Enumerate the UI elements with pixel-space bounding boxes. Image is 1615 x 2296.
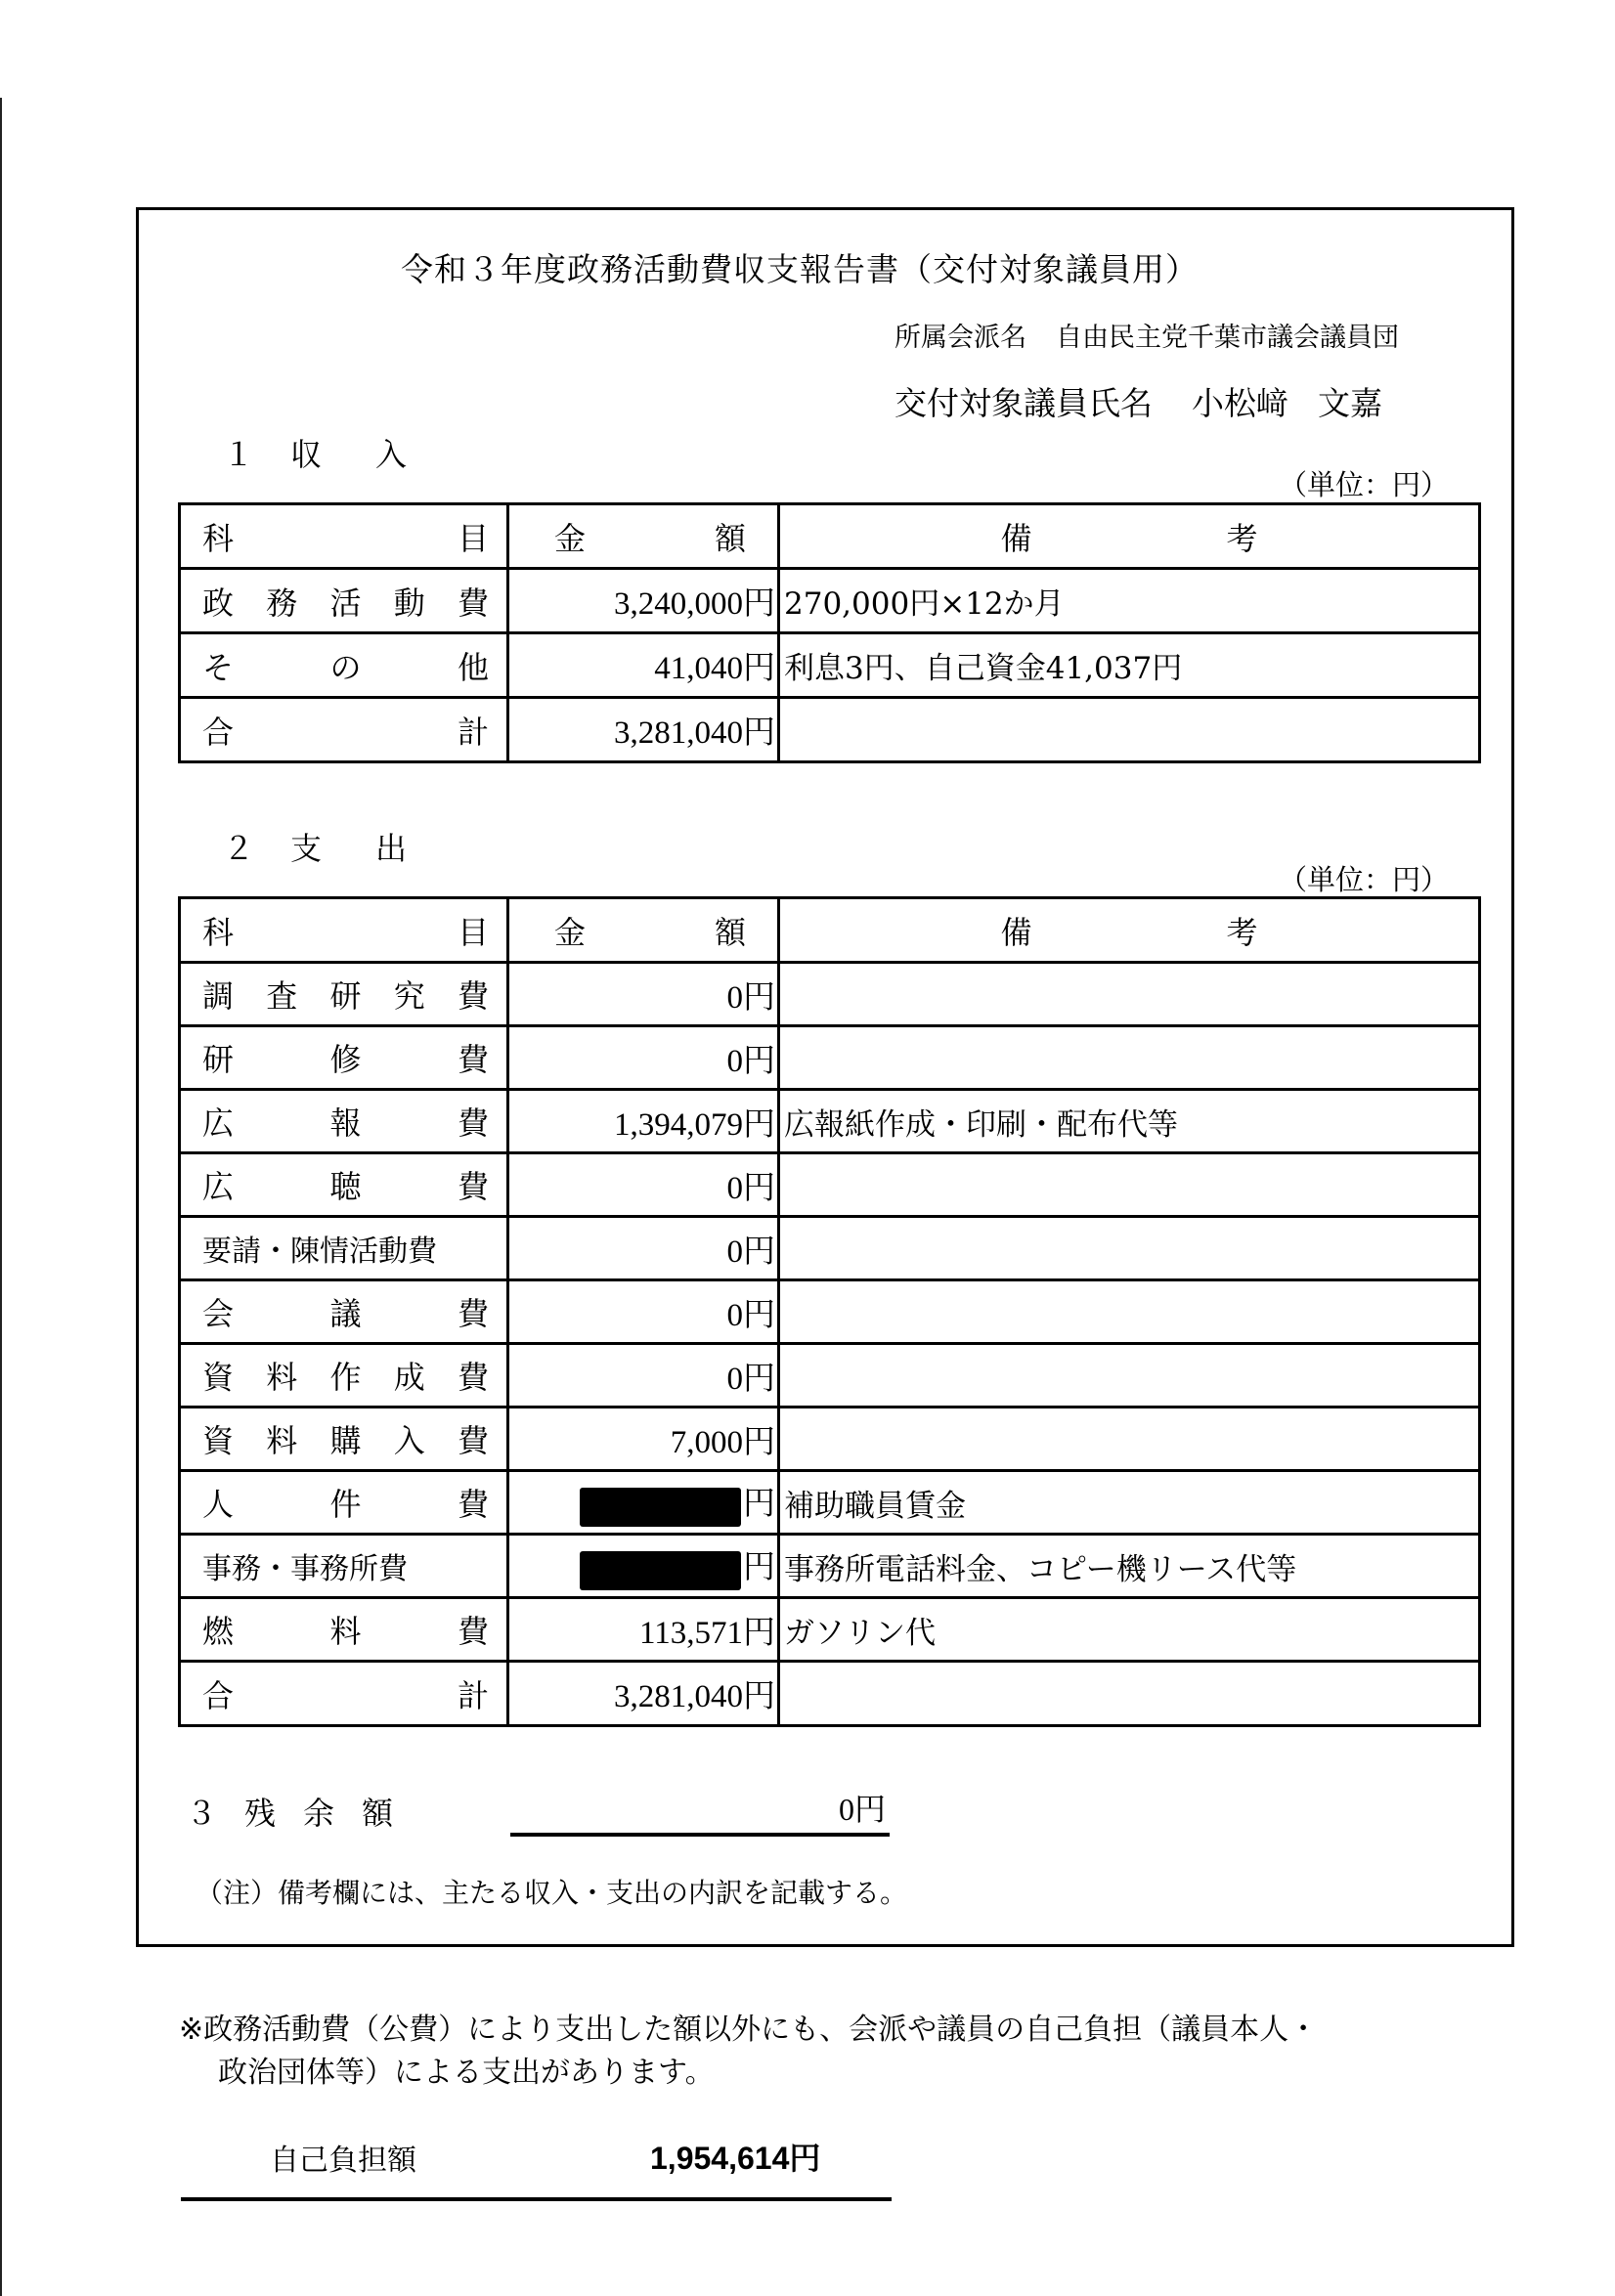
subject-cell: 合 計 (180, 1662, 508, 1726)
redaction-block (580, 1551, 741, 1590)
income-row-political-activity: 政 務 活 動 費 3,240,000円 270,000円×12か月 (180, 569, 1480, 633)
subject-text: 事務・事務所費 (202, 1544, 408, 1587)
subject-char: 費 (458, 1099, 489, 1144)
expense-header-row: 科目 金額 備考 (180, 898, 1480, 963)
amount-cell: 41,040円 (508, 633, 779, 698)
subject-cell: 広 聴 費 (180, 1153, 508, 1217)
header-char: 考 (1226, 908, 1257, 953)
self-burden-underline (181, 2197, 892, 2201)
income-row-other: そ の 他 41,040円 利息3円、自己資金41,037円 (180, 633, 1480, 698)
income-header-amount: 金額 (508, 504, 779, 569)
subject-char: 費 (458, 1162, 489, 1207)
footnote: （注）備考欄には、主たる収入・支出の内訳を記載する。 (196, 1872, 907, 1911)
subject-char: 広 (202, 1162, 234, 1207)
disclaimer-line-1: ※政務活動費（公費）により支出した額以外にも、会派や議員の自己負担（議員本人・ (179, 2013, 1318, 2047)
expense-row-research: 調 査 研 究 費 0円 (180, 963, 1480, 1026)
note-cell (779, 1217, 1480, 1280)
subject-char: 費 (458, 579, 489, 624)
expense-section-title-2: 出 (375, 824, 408, 869)
header-char: 目 (458, 908, 489, 953)
subject-char: 件 (329, 1480, 361, 1525)
scan-edge-line (0, 98, 2, 2296)
amount-cell: 0円 (508, 1344, 779, 1408)
remainder-value: 0円 (510, 1785, 890, 1830)
header-char: 科 (202, 514, 234, 559)
redaction-block (580, 1488, 741, 1527)
subject-cell: 広 報 費 (180, 1090, 508, 1153)
note-cell: 広報紙作成・印刷・配布代等 (779, 1090, 1480, 1153)
subject-char: 成 (394, 1353, 425, 1398)
amount-cell: 1,394,079円 (508, 1090, 779, 1153)
subject-char: 費 (458, 1607, 489, 1652)
subject-char: 料 (266, 1416, 297, 1461)
amount-cell: 3,281,040円 (508, 698, 779, 762)
note-cell (779, 1408, 1480, 1471)
subject-char: 聴 (329, 1162, 361, 1207)
expense-row-meeting: 会 議 費 0円 (180, 1280, 1480, 1344)
header-char: 科 (202, 908, 234, 953)
header-char: 考 (1226, 514, 1257, 559)
subject-cell: 政 務 活 動 費 (180, 569, 508, 633)
amount-cell: 0円 (508, 1153, 779, 1217)
expense-table: 科目 金額 備考 調 査 研 究 費 0円 研 修 費 0円 広 報 費 1,3… (178, 896, 1481, 1727)
subject-char: 議 (329, 1289, 361, 1334)
expense-row-fuel: 燃 料 費 113,571円 ガソリン代 (180, 1598, 1480, 1662)
header-char: 目 (458, 514, 489, 559)
remainder-heading: ３残余額 (186, 1789, 420, 1834)
subject-char: 究 (394, 972, 425, 1017)
amount-suffix: 円 (743, 1487, 775, 1522)
amount-cell: 0円 (508, 1026, 779, 1090)
income-section-number: １ (223, 430, 255, 475)
subject-char: 入 (394, 1416, 425, 1461)
subject-cell: そ の 他 (180, 633, 508, 698)
header-char: 額 (715, 514, 746, 559)
subject-char: 購 (329, 1416, 361, 1461)
expense-row-office: 事務・事務所費 円 事務所電話料金、コピー機リース代等 (180, 1535, 1480, 1598)
subject-char: 料 (266, 1353, 297, 1398)
expense-row-total: 合 計 3,281,040円 (180, 1662, 1480, 1726)
subject-char: の (329, 643, 361, 688)
income-unit-label: （単位：円） (1279, 463, 1615, 503)
self-burden-value: 1,954,614円 (650, 2134, 820, 2179)
header-char: 金 (554, 908, 586, 953)
note-cell: 補助職員賃金 (779, 1471, 1480, 1535)
amount-cell: 0円 (508, 1280, 779, 1344)
expense-section-number: ２ (223, 824, 255, 869)
note-cell (779, 1026, 1480, 1090)
income-header-row: 科目 金額 備考 (180, 504, 1480, 569)
subject-char: 研 (202, 1035, 234, 1080)
member-label: 交付対象議員氏名 (895, 384, 1153, 422)
amount-cell: 0円 (508, 1217, 779, 1280)
subject-char: 費 (458, 1353, 489, 1398)
remainder-underline (510, 1833, 890, 1837)
subject-cell: 人 件 費 (180, 1471, 508, 1535)
note-cell (779, 698, 1480, 762)
subject-char: 料 (329, 1607, 361, 1652)
subject-char: そ (202, 643, 234, 688)
header-char: 額 (715, 908, 746, 953)
faction-label: 所属会派名 (895, 323, 1026, 353)
note-cell (779, 1280, 1480, 1344)
expense-section-heading: ２支出 (223, 824, 408, 869)
header-char: 備 (1000, 514, 1031, 559)
subject-char: 作 (329, 1353, 361, 1398)
remainder-label-char: 残 (244, 1789, 276, 1834)
expense-row-document-purchase: 資 料 購 入 費 7,000円 (180, 1408, 1480, 1471)
note-cell (779, 1153, 1480, 1217)
note-cell: ガソリン代 (779, 1598, 1480, 1662)
expense-row-public-hearing: 広 聴 費 0円 (180, 1153, 1480, 1217)
expense-row-publicity: 広 報 費 1,394,079円 広報紙作成・印刷・配布代等 (180, 1090, 1480, 1153)
expense-header-amount: 金額 (508, 898, 779, 963)
subject-char: 合 (202, 708, 234, 753)
amount-cell: 113,571円 (508, 1598, 779, 1662)
member-given-name: 文嘉 (1318, 384, 1382, 422)
subject-char: 費 (458, 1035, 489, 1080)
subject-cell: 要請・陳情活動費 (180, 1217, 508, 1280)
subject-char: 費 (458, 1289, 489, 1334)
amount-cell: 7,000円 (508, 1408, 779, 1471)
disclaimer-line-2: 政治団体等）による支出があります。 (179, 2052, 1489, 2095)
income-section-heading: １収入 (223, 430, 408, 475)
subject-cell: 調 査 研 究 費 (180, 963, 508, 1026)
note-cell: 利息3円、自己資金41,037円 (779, 633, 1480, 698)
amount-cell: 3,281,040円 (508, 1662, 779, 1726)
income-section-title-1: 収 (290, 430, 323, 475)
self-burden-label: 自己負担額 (270, 2136, 416, 2179)
subject-char: 広 (202, 1099, 234, 1144)
note-cell: 270,000円×12か月 (779, 569, 1480, 633)
faction-line: 所属会派名自由民主党千葉市議会議員団 (895, 316, 1399, 354)
subject-char: 資 (202, 1416, 234, 1461)
amount-cell-redacted: 円 (508, 1471, 779, 1535)
note-cell: 事務所電話料金、コピー機リース代等 (779, 1535, 1480, 1598)
amount-suffix: 円 (743, 1550, 775, 1585)
expense-unit-label: （単位：円） (1279, 858, 1615, 898)
subject-char: 査 (266, 972, 297, 1017)
expense-header-note: 備考 (779, 898, 1480, 963)
subject-char: 政 (202, 579, 234, 624)
subject-char: 報 (329, 1099, 361, 1144)
expense-header-subject: 科目 (180, 898, 508, 963)
subject-cell: 事務・事務所費 (180, 1535, 508, 1598)
faction-value: 自由民主党千葉市議会議員団 (1056, 323, 1399, 353)
subject-char: 研 (329, 972, 361, 1017)
income-header-subject: 科目 (180, 504, 508, 569)
subject-char: 人 (202, 1480, 234, 1525)
subject-char: 務 (266, 579, 297, 624)
remainder-section-number: ３ (186, 1789, 217, 1834)
income-header-note: 備考 (779, 504, 1480, 569)
expense-row-personnel: 人 件 費 円 補助職員賃金 (180, 1471, 1480, 1535)
subject-char: 燃 (202, 1607, 234, 1652)
subject-char: 費 (458, 972, 489, 1017)
note-cell (779, 1344, 1480, 1408)
expense-row-petition: 要請・陳情活動費 0円 (180, 1217, 1480, 1280)
disclaimer: ※政務活動費（公費）により支出した額以外にも、会派や議員の自己負担（議員本人・ … (179, 2009, 1489, 2095)
document-title: 令和３年度政務活動費収支報告書（交付対象議員用） (401, 244, 1199, 290)
remainder-label-char: 余 (303, 1789, 334, 1834)
subject-char: 資 (202, 1353, 234, 1398)
subject-text: 要請・陳情活動費 (202, 1227, 437, 1270)
subject-cell: 資 料 作 成 費 (180, 1344, 508, 1408)
amount-cell: 0円 (508, 963, 779, 1026)
subject-cell: 研 修 費 (180, 1026, 508, 1090)
income-row-total: 合 計 3,281,040円 (180, 698, 1480, 762)
income-section-title-2: 入 (375, 430, 408, 475)
subject-char: 調 (202, 972, 234, 1017)
subject-char: 修 (329, 1035, 361, 1080)
remainder-label-char: 額 (362, 1789, 393, 1834)
subject-char: 費 (458, 1480, 489, 1525)
note-cell (779, 963, 1480, 1026)
subject-char: 他 (458, 643, 489, 688)
member-line: 交付対象議員氏名小松﨑文嘉 (895, 378, 1382, 424)
subject-cell: 燃 料 費 (180, 1598, 508, 1662)
header-char: 備 (1000, 908, 1031, 953)
subject-cell: 会 議 費 (180, 1280, 508, 1344)
subject-cell: 資 料 購 入 費 (180, 1408, 508, 1471)
expense-row-document-creation: 資 料 作 成 費 0円 (180, 1344, 1480, 1408)
income-table: 科目 金額 備考 政 務 活 動 費 3,240,000円 270,000円×1… (178, 502, 1481, 763)
amount-cell: 3,240,000円 (508, 569, 779, 633)
member-family-name: 小松﨑 (1192, 384, 1288, 422)
subject-char: 計 (458, 1671, 489, 1716)
subject-char: 合 (202, 1671, 234, 1716)
subject-char: 計 (458, 708, 489, 753)
subject-char: 会 (202, 1289, 234, 1334)
subject-char: 費 (458, 1416, 489, 1461)
subject-cell: 合 計 (180, 698, 508, 762)
note-cell (779, 1662, 1480, 1726)
subject-char: 活 (329, 579, 361, 624)
amount-cell-redacted: 円 (508, 1535, 779, 1598)
header-char: 金 (554, 514, 586, 559)
expense-row-training: 研 修 費 0円 (180, 1026, 1480, 1090)
expense-section-title-1: 支 (290, 824, 323, 869)
subject-char: 動 (394, 579, 425, 624)
